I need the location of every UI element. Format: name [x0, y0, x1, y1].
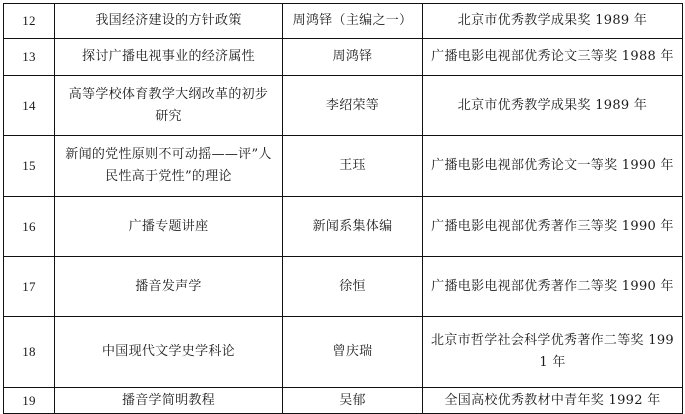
award: 北京市优秀教学成果奖 1989 年 [423, 4, 683, 39]
row-number: 14 [4, 76, 55, 136]
work-title: 播音学简明教程 [55, 388, 283, 414]
work-title: 广播专题讲座 [55, 197, 283, 257]
author: 曾庆瑞 [283, 317, 423, 388]
table-row: 15 新闻的党性原则不可动摇——评”人民性高于党性”的理论 王珏 广播电影电视部… [4, 136, 683, 197]
row-number: 18 [4, 317, 55, 388]
row-number: 13 [4, 39, 55, 76]
table-row: 12 我国经济建设的方针政策 周鸿铎（主编之一） 北京市优秀教学成果奖 1989… [4, 4, 683, 39]
work-title: 中国现代文学史学科论 [55, 317, 283, 388]
row-number: 12 [4, 4, 55, 39]
awards-table-body: 12 我国经济建设的方针政策 周鸿铎（主编之一） 北京市优秀教学成果奖 1989… [4, 4, 683, 414]
award: 广播电影电视部优秀论文三等奖 1988 年 [423, 39, 683, 76]
award: 广播电影电视部优秀著作二等奖 1990 年 [423, 257, 683, 317]
awards-table: 12 我国经济建设的方针政策 周鸿铎（主编之一） 北京市优秀教学成果奖 1989… [3, 3, 683, 414]
award: 北京市优秀教学成果奖 1989 年 [423, 76, 683, 136]
award: 广播电影电视部优秀论文一等奖 1990 年 [423, 136, 683, 197]
table-row: 14 高等学校体育教学大纲改革的初步研究 李绍荣等 北京市优秀教学成果奖 198… [4, 76, 683, 136]
author: 吴郁 [283, 388, 423, 414]
work-title: 探讨广播电视事业的经济属性 [55, 39, 283, 76]
table-row: 13 探讨广播电视事业的经济属性 周鸿铎 广播电影电视部优秀论文三等奖 1988… [4, 39, 683, 76]
author: 新闻系集体编 [283, 197, 423, 257]
work-title: 新闻的党性原则不可动摇——评”人民性高于党性”的理论 [55, 136, 283, 197]
row-number: 16 [4, 197, 55, 257]
row-number: 15 [4, 136, 55, 197]
row-number: 19 [4, 388, 55, 414]
work-title: 播音发声学 [55, 257, 283, 317]
table-row: 17 播音发声学 徐恒 广播电影电视部优秀著作二等奖 1990 年 [4, 257, 683, 317]
author: 周鸿铎（主编之一） [283, 4, 423, 39]
table-row: 19 播音学简明教程 吴郁 全国高校优秀教材中青年奖 1992 年 [4, 388, 683, 414]
author: 徐恒 [283, 257, 423, 317]
award: 全国高校优秀教材中青年奖 1992 年 [423, 388, 683, 414]
row-number: 17 [4, 257, 55, 317]
table-row: 16 广播专题讲座 新闻系集体编 广播电影电视部优秀著作三等奖 1990 年 [4, 197, 683, 257]
work-title: 高等学校体育教学大纲改革的初步研究 [55, 76, 283, 136]
award: 北京市哲学社会科学优秀著作二等奖 1991 年 [423, 317, 683, 388]
award: 广播电影电视部优秀著作三等奖 1990 年 [423, 197, 683, 257]
table-row: 18 中国现代文学史学科论 曾庆瑞 北京市哲学社会科学优秀著作二等奖 1991 … [4, 317, 683, 388]
author: 李绍荣等 [283, 76, 423, 136]
author: 周鸿铎 [283, 39, 423, 76]
work-title: 我国经济建设的方针政策 [55, 4, 283, 39]
author: 王珏 [283, 136, 423, 197]
